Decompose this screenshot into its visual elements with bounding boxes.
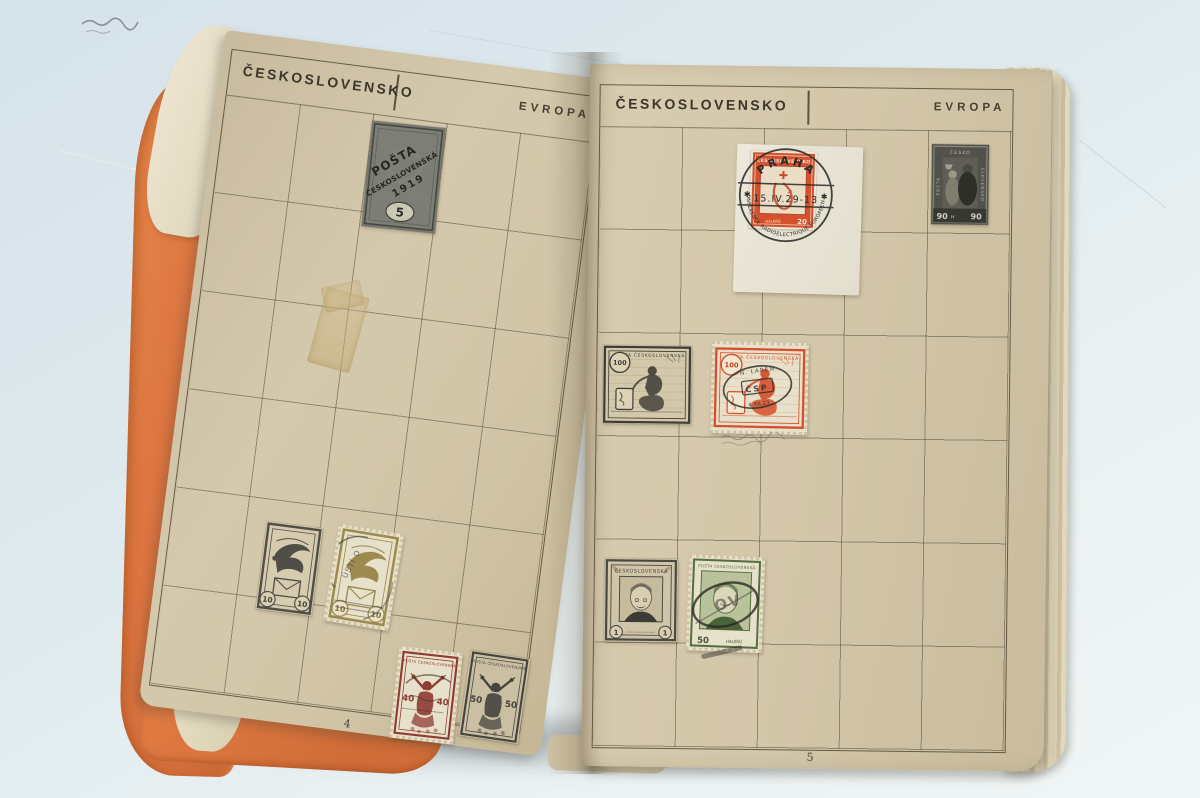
- value-left: 40: [401, 693, 414, 704]
- value-left: 10: [262, 594, 274, 604]
- stamp-side-right: SLOVENSKO: [980, 168, 985, 202]
- stamp-title: POŠTA ČESKOSLOVENSKÁ: [698, 563, 756, 570]
- stamp-value: 50: [697, 636, 709, 646]
- envelope: [273, 578, 301, 598]
- album-left-page: ČESKOSLOVENSKO EVROPA POŠTA ČESKOSLOVENS…: [138, 30, 627, 756]
- value-right: 50: [504, 700, 518, 712]
- stamp-value: 100: [613, 359, 627, 367]
- left-page-number: 4: [343, 717, 352, 731]
- stamp-top-text: ČESKO: [950, 149, 971, 156]
- stamp-title: POŠTA ČESKOSLOVENSKÁ: [403, 658, 456, 669]
- stamp-arms-red-20: ČESKOSLOVENSKO HALÉŘŮ 20: [749, 150, 817, 230]
- pencil-scribble: [76, 8, 148, 40]
- value-left: 90: [937, 212, 949, 221]
- background-scratch: [1079, 140, 1166, 209]
- stamp-value: 100: [724, 361, 739, 369]
- stamp-unit: HALÉŘŮ: [726, 639, 742, 645]
- stamp-unit: HALÉŘŮ: [765, 219, 781, 224]
- value-right: 1: [663, 629, 668, 637]
- stamp-value: 5: [395, 205, 405, 220]
- right-country-label: ČESKOSLOVENSKO: [615, 95, 788, 113]
- stamp-value: 20: [797, 218, 807, 226]
- figure-legs: [751, 398, 777, 415]
- figure-legs: [639, 395, 664, 412]
- stamp-breaker-gray-50: POŠTA ČESKOSLOVENSKÁ 50 50: [458, 650, 530, 744]
- stamp-album-photo: ČESKOSLOVENSKO EVROPA POŠTA ČESKOSLOVENS…: [0, 0, 1200, 798]
- value-right: 90: [971, 212, 983, 221]
- stamp-country: ČESKOSLOVENSKO: [757, 157, 811, 166]
- dove-figure: [346, 548, 387, 586]
- right-page-number: 5: [806, 751, 813, 764]
- value-right: 40: [436, 697, 449, 708]
- stamp-masaryk-gray-1: ČESKOSLOVENSKÁ 1 1: [604, 558, 678, 642]
- figure-body: [416, 691, 435, 717]
- value-left: 1: [614, 629, 619, 637]
- album-right-page: ČESKOSLOVENSKO EVROPA ČESKOSLOVENSKO HAL…: [581, 64, 1052, 772]
- shield: [616, 388, 633, 409]
- value-left: 50: [469, 694, 483, 706]
- shield: [727, 392, 745, 414]
- figure-body: [483, 692, 503, 719]
- stamp-side-left: POŠTA: [935, 177, 940, 196]
- pencil-note: [718, 432, 788, 449]
- stamp-austria-overprint: POŠTA ČESKOSLOVENSKÁ 1919 5: [361, 121, 446, 234]
- stamp-allegory-black-100: POŠTA ČESKOSLOVENSKÁ 100: [603, 345, 692, 424]
- postmark-star-right: ✱: [821, 192, 828, 201]
- stamp-breaker-red-40: POŠTA ČESKOSLOVENSKÁ 40 40: [389, 646, 463, 745]
- value-unit: H: [951, 214, 954, 220]
- stamp-hussite-90: ČESKO POŠTA SLOVENSKO 90 H 90: [931, 144, 989, 225]
- envelope: [345, 586, 375, 608]
- value-right: 10: [296, 599, 308, 609]
- stamp-allegory-red-100: POŠTA ČESKOSLOVENSKÁ 100: [710, 341, 809, 435]
- value-left: 10: [334, 604, 347, 615]
- stamp-masaryk-green-50: POŠTA ČESKOSLOVENSKÁ 50 HALÉŘŮ OV: [686, 554, 766, 653]
- stamp-country: ČESKOSLOVENSKÁ: [615, 567, 669, 575]
- dove-figure: [273, 541, 312, 577]
- cover-fragment-arms-20: ČESKOSLOVENSKO HALÉŘŮ 20: [733, 144, 863, 296]
- stamp-dove-gray-10: 10 10: [256, 521, 323, 615]
- value-right: 10: [370, 610, 383, 621]
- right-region-label: EVROPA: [919, 101, 1005, 114]
